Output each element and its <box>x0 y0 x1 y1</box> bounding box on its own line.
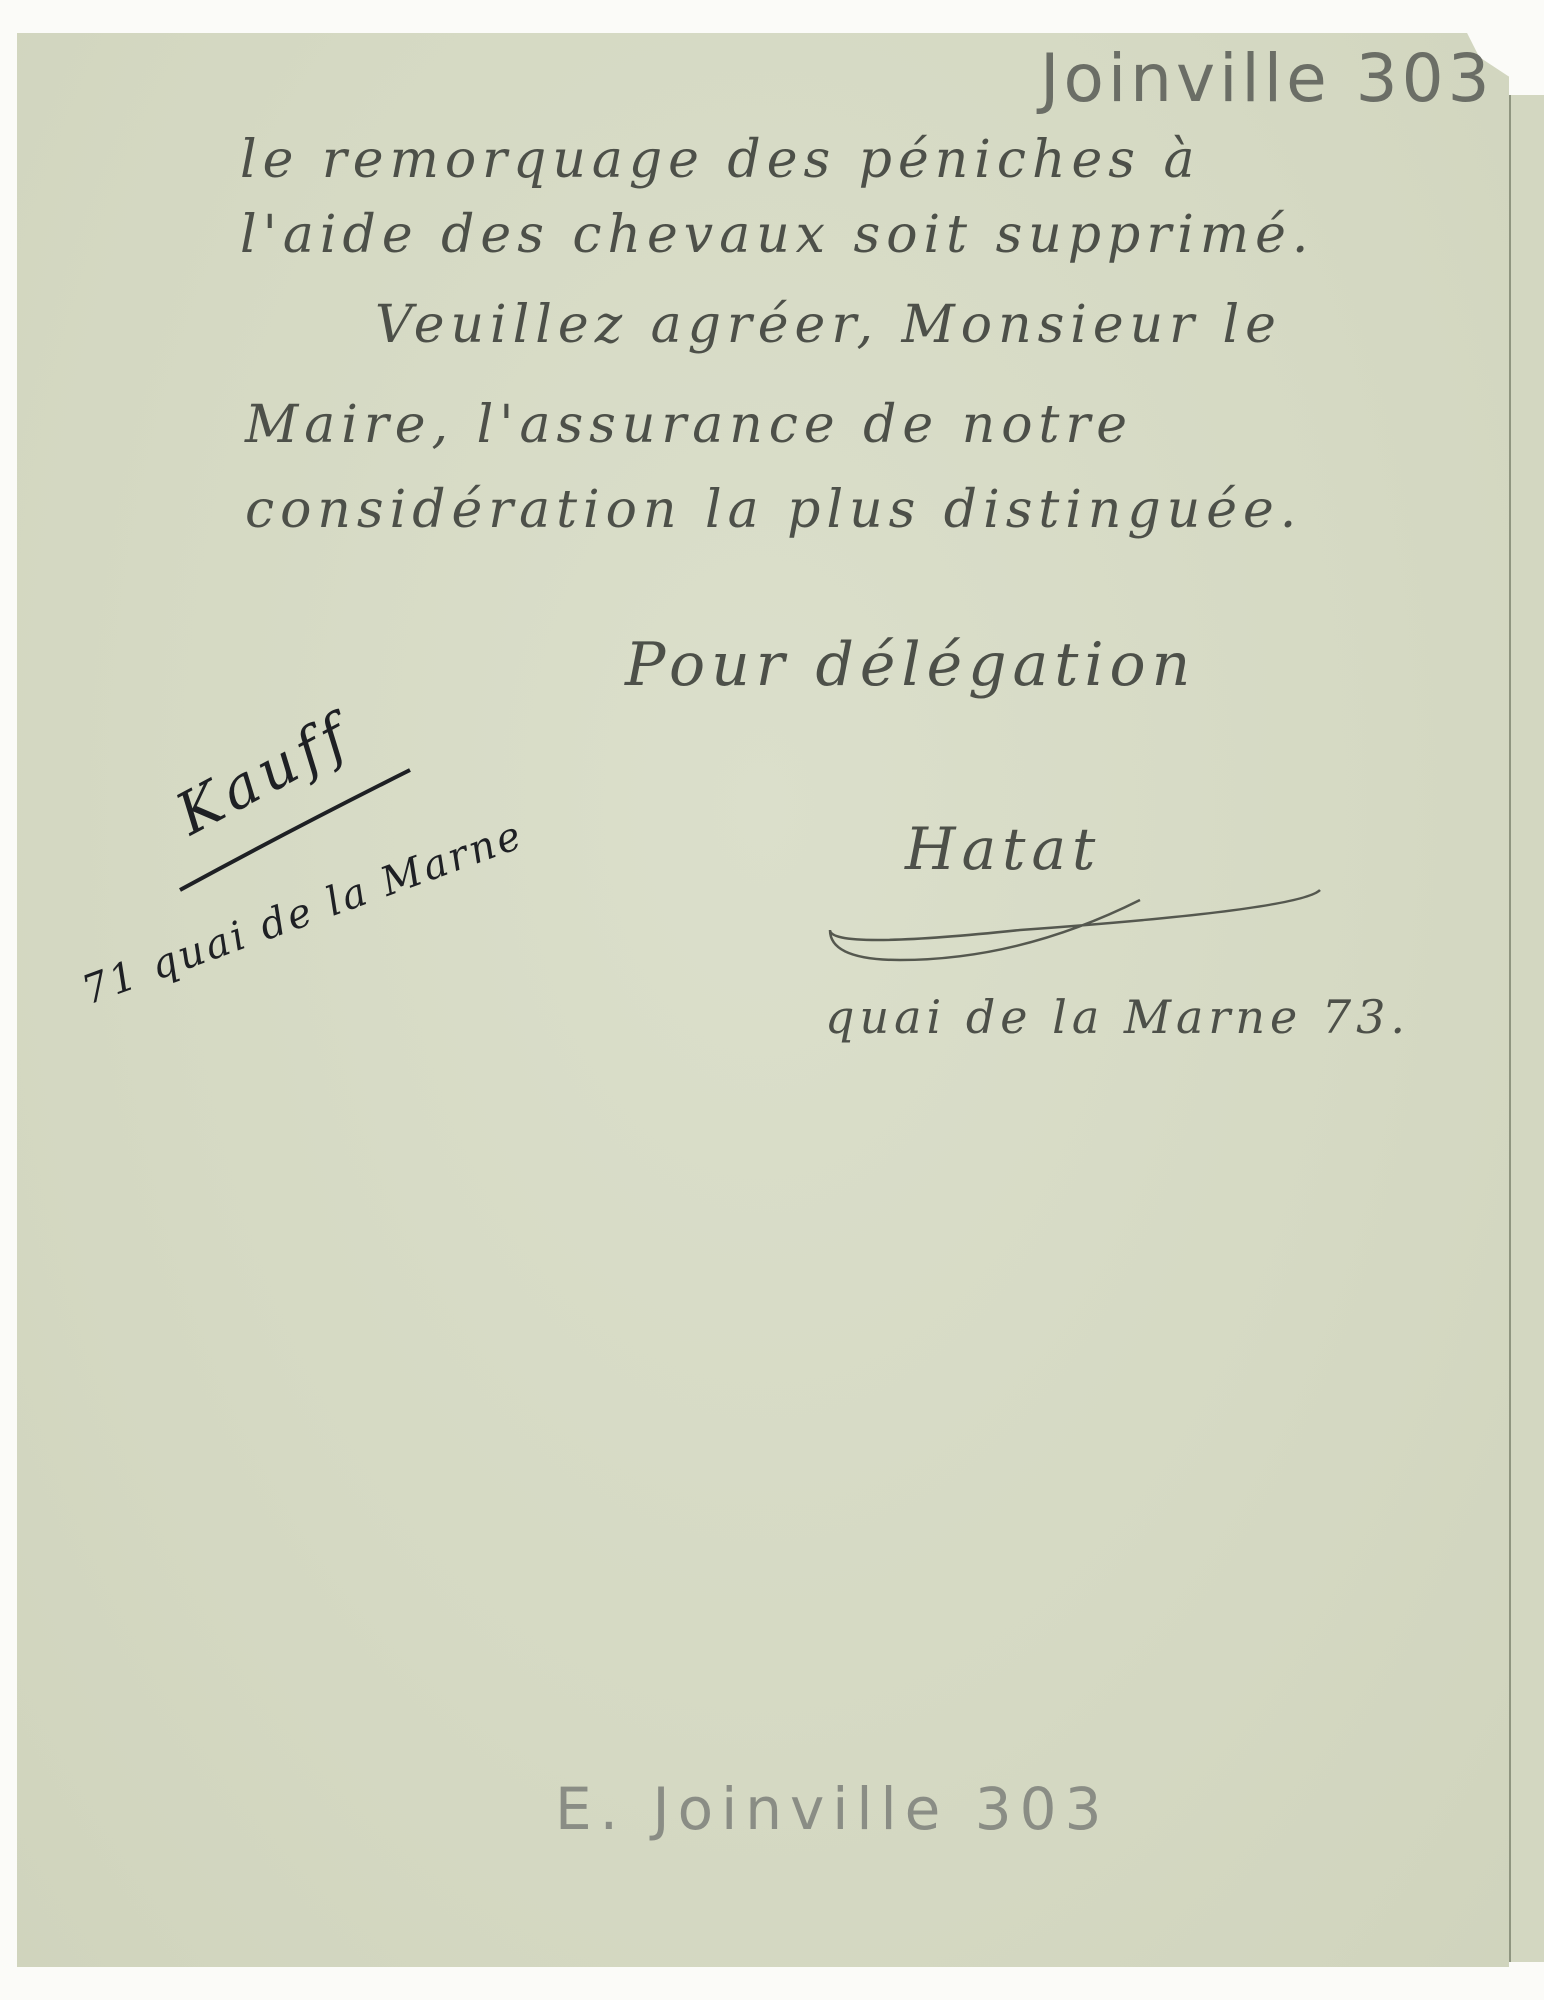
body-line-2: l'aide des chevaux soit supprimé. <box>240 205 1314 265</box>
body-line-4: Maire, l'assurance de notre <box>245 395 1133 455</box>
body-line-5: considération la plus distinguée. <box>245 480 1302 540</box>
body-line-3: Veuillez agréer, Monsieur le <box>375 295 1282 355</box>
body-line-1: le remorquage des péniches à <box>240 130 1200 190</box>
folded-page-edge <box>1509 95 1544 1962</box>
archive-reference-top: Joinville 303 <box>1040 40 1494 117</box>
signature-right-flourish <box>820 870 1340 970</box>
address-right: quai de la Marne 73. <box>825 990 1410 1044</box>
archive-reference-bottom: E. Joinville 303 <box>555 1775 1109 1843</box>
closing-pour-delegation: Pour délégation <box>625 630 1196 700</box>
